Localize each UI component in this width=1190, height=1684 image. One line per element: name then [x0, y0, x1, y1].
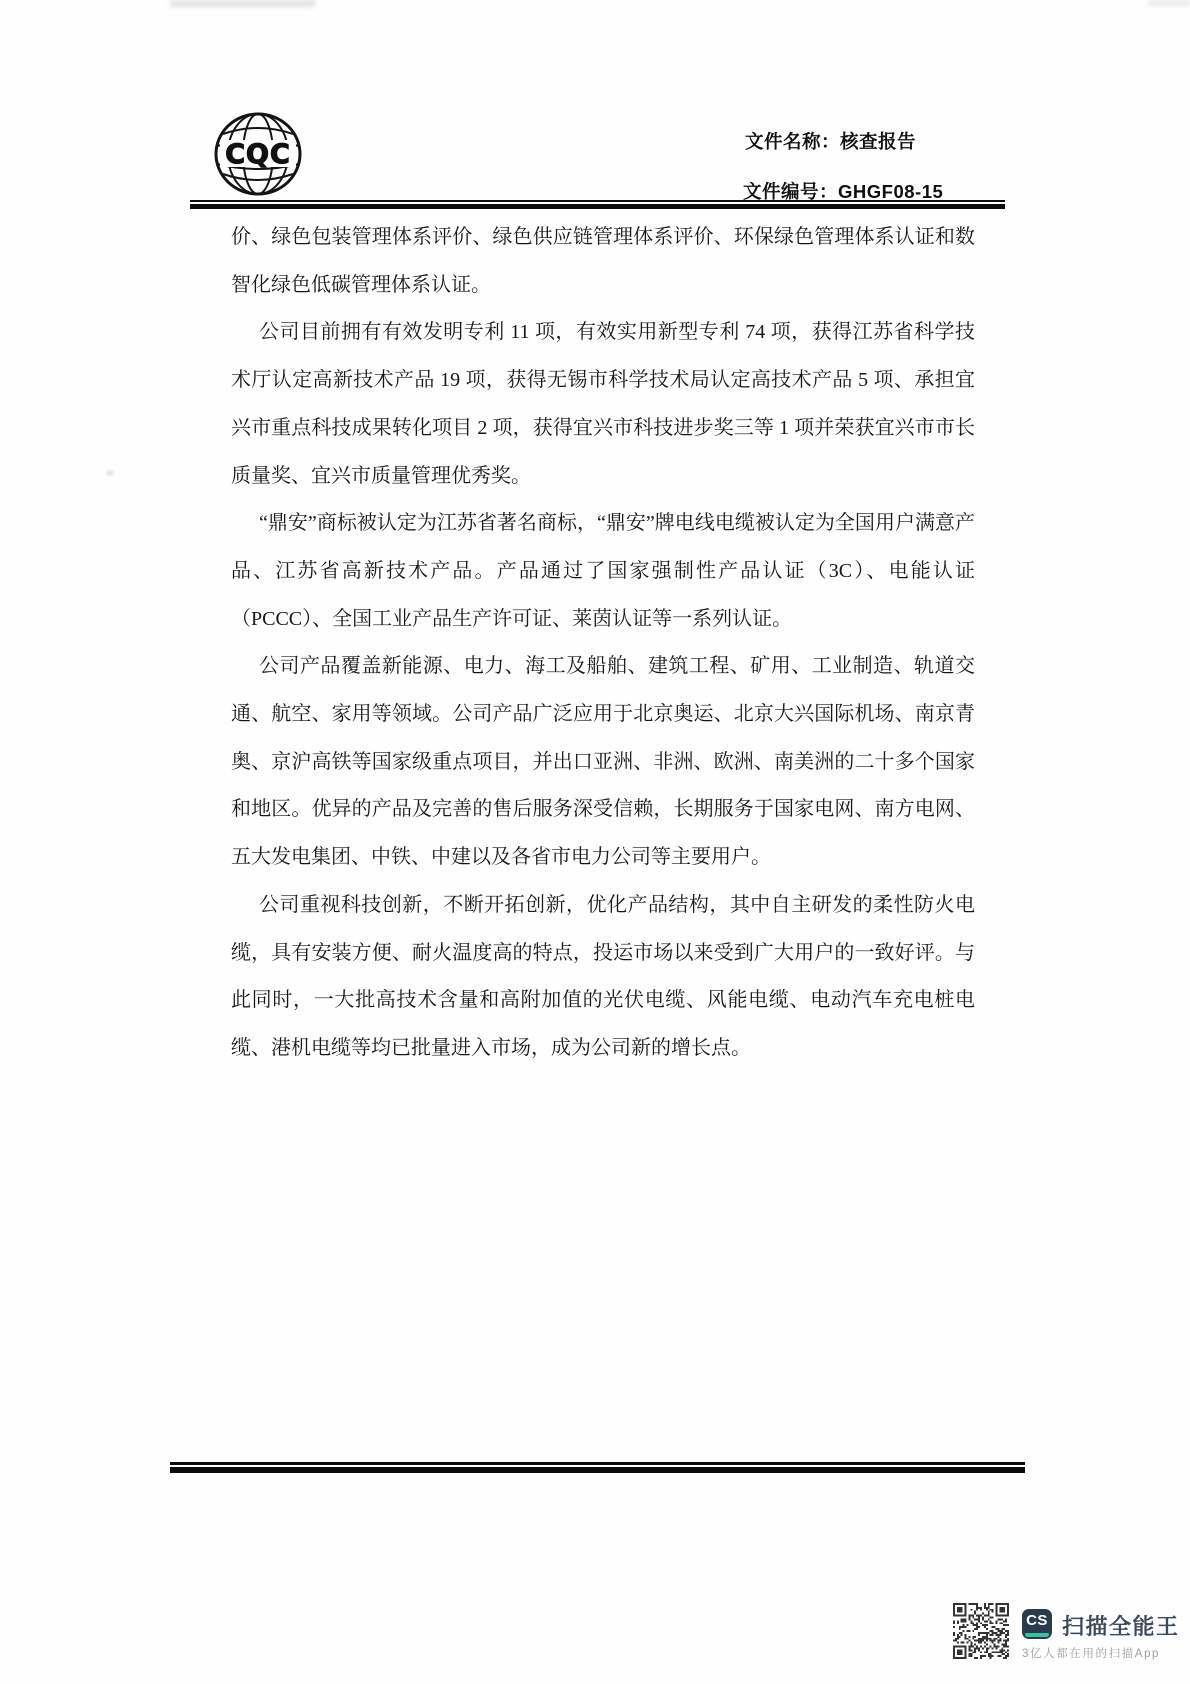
doc-number-value: GHGF08-15: [838, 181, 943, 202]
scanned-document-page: CQC 文件名称：核查报告 文件编号：GHGF08-15 价、绿色包装管理体系评…: [0, 0, 1190, 1684]
footer-divider-rule: [170, 1462, 1025, 1473]
paragraph: 公司产品覆盖新能源、电力、海工及船舶、建筑工程、矿用、工业制造、轨道交通、航空、…: [231, 643, 975, 882]
scan-artifact-top-left: [170, 0, 315, 7]
doc-name-label: 文件名称：: [745, 131, 840, 152]
doc-number-label: 文件编号：: [743, 181, 838, 202]
camscanner-app-icon: CS: [1022, 1609, 1052, 1639]
paragraph: 价、绿色包装管理体系评价、绿色供应链管理体系评价、环保绿色管理体系认证和数智化绿…: [231, 214, 975, 309]
document-body: 价、绿色包装管理体系评价、绿色供应链管理体系评价、环保绿色管理体系认证和数智化绿…: [231, 214, 975, 1073]
paragraph: 公司重视科技创新，不断开拓创新，优化产品结构，其中自主研发的柔性防火电缆，具有安…: [231, 882, 975, 1073]
cqc-logo-text: CQC: [225, 139, 291, 170]
paragraph: “鼎安”商标被认定为江苏省著名商标，“鼎安”牌电线电缆被认定为全国用户满意产品、…: [231, 500, 975, 643]
scan-artifact-dot: [106, 470, 114, 476]
qr-code: [953, 1603, 1009, 1659]
doc-name-value: 核查报告: [840, 131, 916, 152]
header-divider-rule: [190, 200, 1005, 209]
scan-artifact-top-right: [1148, 0, 1190, 6]
cqc-globe-logo-icon: CQC: [213, 110, 303, 198]
camscanner-icon-text: CS: [1022, 1612, 1052, 1629]
paragraph: 公司目前拥有有效发明专利 11 项，有效实用新型专利 74 项，获得江苏省科学技…: [231, 309, 975, 500]
camscanner-tagline: 3亿人都在用的扫描App: [1022, 1645, 1160, 1661]
camscanner-app-name: 扫描全能王: [1062, 1610, 1180, 1641]
camscanner-icon-accent: [1025, 1633, 1049, 1637]
doc-name-field: 文件名称：核查报告: [745, 128, 916, 154]
